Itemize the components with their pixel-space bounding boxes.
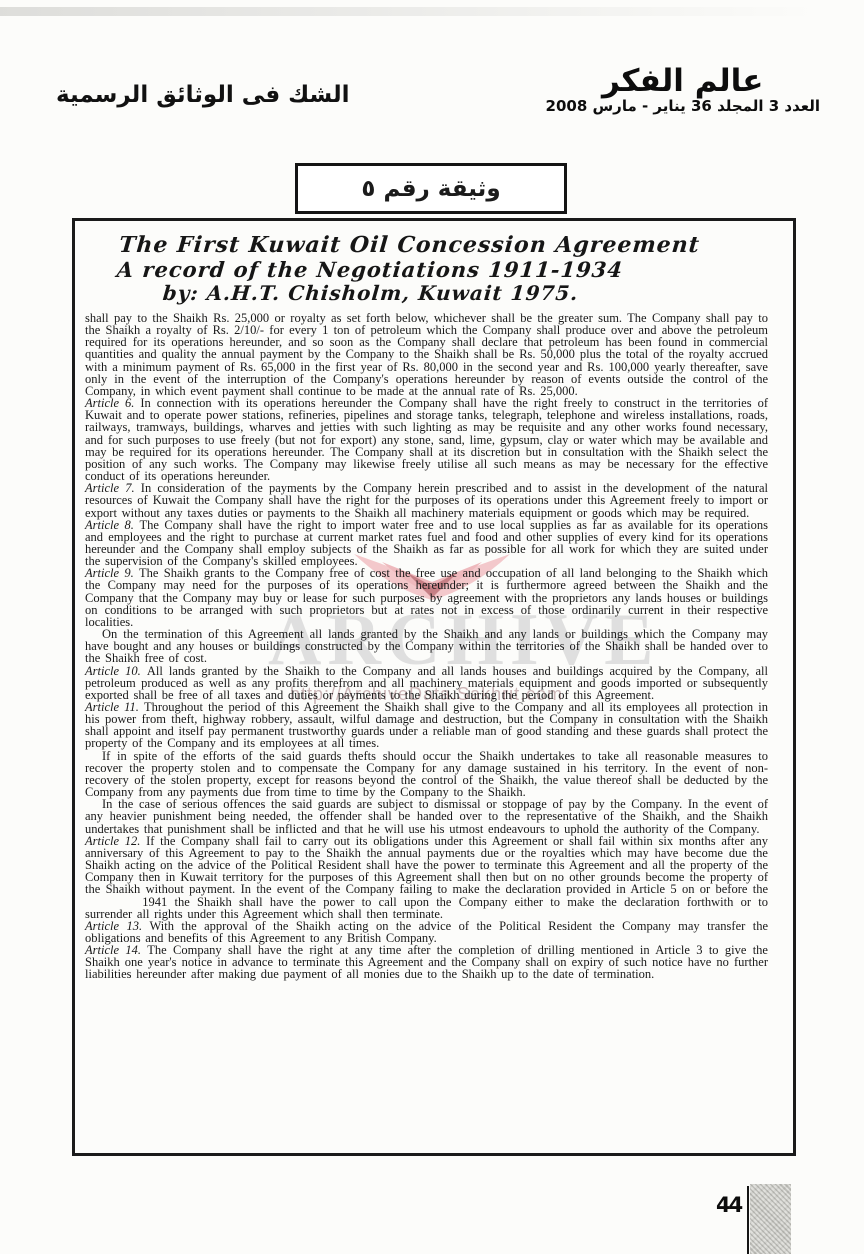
- handwritten-title: The First Kuwait Oil Concession Agreemen…: [114, 233, 796, 305]
- article-number: Article 11.: [85, 700, 144, 714]
- page-number: 44: [716, 1193, 741, 1217]
- document-paragraph: Article 12. If the Company shall fail to…: [85, 835, 768, 920]
- journal-issue-line: العدد 3 المجلد 36 يناير - مارس 2008: [546, 96, 820, 116]
- journal-masthead: عالم الفكر العدد 3 المجلد 36 يناير - مار…: [546, 66, 820, 116]
- document-paragraph: On the termination of this Agreement all…: [85, 628, 768, 664]
- document-paragraph: Article 14. The Company shall have the r…: [85, 944, 768, 980]
- document-frame: The First Kuwait Oil Concession Agreemen…: [72, 218, 796, 1156]
- document-paragraph: Article 9. The Shaikh grants to the Comp…: [85, 567, 768, 628]
- document-paragraph: Article 8. The Company shall have the ri…: [85, 519, 768, 568]
- scanned-journal-page: الشك فى الوثائق الرسمية عالم الفكر العدد…: [0, 0, 864, 1254]
- handwritten-title-line3: by: A.H.T. Chisholm, Kuwait 1975.: [162, 282, 792, 305]
- scan-smudge: [0, 7, 820, 16]
- section-title-arabic: الشك فى الوثائق الرسمية: [56, 82, 349, 108]
- article-number: Article 7.: [85, 481, 141, 495]
- document-paragraph: shall pay to the Shaikh Rs. 25,000 or ro…: [85, 312, 768, 397]
- document-paragraph: Article 7. In consideration of the payme…: [85, 482, 768, 518]
- document-paragraph: Article 10. All lands granted by the Sha…: [85, 665, 768, 701]
- journal-logo: عالم الفكر: [546, 66, 820, 96]
- article-number: Article 8.: [85, 518, 139, 532]
- handwritten-title-line1: The First Kuwait Oil Concession Agreemen…: [118, 233, 796, 258]
- footer-binding-texture: [750, 1184, 791, 1254]
- document-number-box: وثيقة رقم ٥: [295, 163, 567, 214]
- handwritten-title-line2: A record of the Negotiations 1911-1934: [116, 258, 794, 282]
- article-number: Article 6.: [85, 396, 140, 410]
- article-number: Article 10.: [85, 664, 147, 678]
- document-paragraph: Article 13. With the approval of the Sha…: [85, 920, 768, 944]
- document-body: shall pay to the Shaikh Rs. 25,000 or ro…: [75, 312, 793, 981]
- article-number: Article 9.: [85, 566, 139, 580]
- document-number-label: وثيقة رقم ٥: [361, 176, 500, 202]
- document-paragraph: In the case of serious offences the said…: [85, 798, 768, 834]
- article-number: Article 13.: [85, 919, 150, 933]
- article-number: Article 14.: [85, 943, 147, 957]
- document-paragraph: Article 11. Throughout the period of thi…: [85, 701, 768, 750]
- article-number: Article 12.: [85, 834, 146, 848]
- footer-divider-line: [747, 1186, 749, 1254]
- document-paragraph: If in spite of the efforts of the said g…: [85, 750, 768, 799]
- document-paragraph: Article 6. In connection with its operat…: [85, 397, 768, 482]
